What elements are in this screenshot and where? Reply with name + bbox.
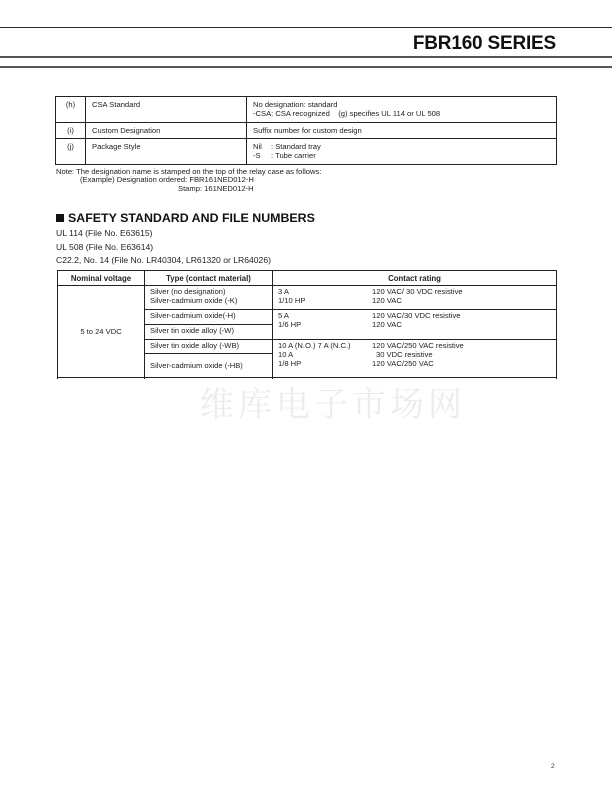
column-header: Type (contact material) — [145, 271, 273, 286]
column-header: Contact rating — [273, 271, 557, 286]
rating-spec: 120 VAC/250 VAC — [372, 360, 551, 369]
contact-rating: 3 A120 VAC/ 30 VDC resistive 1/10 HP120 … — [273, 286, 557, 310]
option-label: Custom Designation — [86, 123, 247, 139]
standard-item: UL 508 (File No. E63614) — [56, 242, 153, 252]
package-code: -S — [253, 151, 271, 160]
package-option: -S: Tube carrier — [253, 151, 550, 160]
column-header: Nominal voltage — [58, 271, 145, 286]
contact-type: Silver-cadmium oxide(-H) — [145, 310, 273, 325]
header-rule-middle — [0, 56, 612, 58]
table-header-row: Nominal voltage Type (contact material) … — [58, 271, 557, 286]
section-heading: SAFETY STANDARD AND FILE NUMBERS — [56, 211, 315, 225]
rating-spec: 120 VAC — [372, 297, 551, 306]
contact-type: Silver-cadmium oxide (-HB) — [145, 354, 273, 378]
section-heading-text: SAFETY STANDARD AND FILE NUMBERS — [68, 211, 315, 225]
header-rule-top — [0, 27, 612, 28]
contact-rating: 5 A120 VAC/30 VDC resistive 1/6 HP120 VA… — [273, 310, 557, 340]
table-row: (h) CSA Standard No designation: standar… — [56, 97, 557, 123]
option-label: Package Style — [86, 139, 247, 165]
rating-spec: 120 VAC — [372, 321, 551, 330]
note-stamp: Stamp: 161NED012-H — [56, 185, 321, 193]
table-row: (j) Package Style Nil: Standard tray -S:… — [56, 139, 557, 165]
table-row: (i) Custom Designation Suffix number for… — [56, 123, 557, 139]
contact-rating-table: Nominal voltage Type (contact material) … — [57, 270, 557, 378]
square-bullet-icon — [56, 214, 64, 222]
option-description: Suffix number for custom design — [247, 123, 557, 139]
rating-current: 1/8 HP — [278, 360, 372, 369]
page-title: FBR160 SERIES — [413, 33, 556, 55]
stamp-note: Note: The designation name is stamped on… — [56, 168, 321, 193]
option-code: (j) — [56, 139, 86, 165]
page-number: 2 — [551, 763, 555, 770]
description-line: -CSA: CSA recognized (g) specifies UL 11… — [253, 109, 550, 118]
table-row: 5 to 24 VDC Silver (no designation) Silv… — [58, 286, 557, 310]
package-code: Nil — [253, 142, 271, 151]
rating-current: 1/10 HP — [278, 297, 372, 306]
option-description: Nil: Standard tray -S: Tube carrier — [247, 139, 557, 165]
contact-rating: 10 A (N.O.) 7 A (N.C.)120 VAC/250 VAC re… — [273, 340, 557, 378]
contact-type: Silver tin oxide alloy (-W) — [145, 325, 273, 340]
description-line: No designation: standard — [253, 100, 550, 109]
header-rule-bottom — [0, 66, 612, 68]
designation-options-table: (h) CSA Standard No designation: standar… — [55, 96, 557, 165]
contact-type: Silver tin oxide alloy (-WB) — [145, 340, 273, 354]
rating-current: 1/6 HP — [278, 321, 372, 330]
standard-item: UL 114 (File No. E63615) — [56, 228, 153, 238]
description-line: Suffix number for custom design — [253, 126, 550, 135]
standard-item: C22.2, No. 14 (File No. LR40304, LR61320… — [56, 255, 271, 265]
option-code: (i) — [56, 123, 86, 139]
contact-type: Silver (no designation) Silver-cadmium o… — [145, 286, 273, 310]
watermark: 维库电子市场网 — [200, 377, 466, 426]
nominal-voltage: 5 to 24 VDC — [58, 286, 145, 378]
package-desc: : Standard tray — [271, 142, 321, 151]
option-description: No designation: standard -CSA: CSA recog… — [247, 97, 557, 123]
package-desc: : Tube carrier — [271, 151, 316, 160]
option-code: (h) — [56, 97, 86, 123]
option-label: CSA Standard — [86, 97, 247, 123]
package-option: Nil: Standard tray — [253, 142, 550, 151]
